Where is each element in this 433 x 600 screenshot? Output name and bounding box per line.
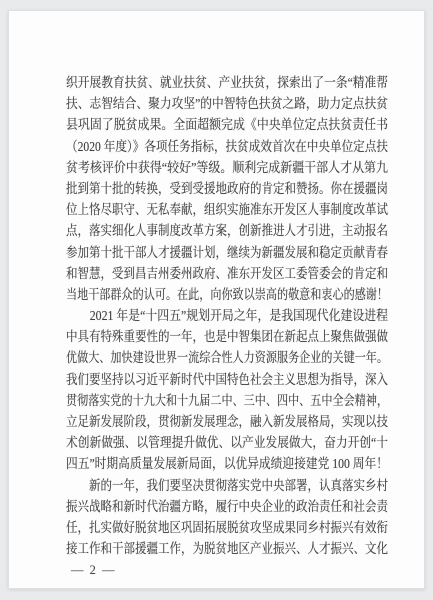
text-line: 术创新做强、以管理提升做优、以产业发展做大，奋力开创“十 (66, 432, 388, 453)
text-line: 四五”时期高质量发展新局面，以优异成绩迎接建党 100 周年！ (66, 453, 388, 474)
text-line: （2020 年度）》各项任务指标，扶贫成效首次在中央单位定点扶 (66, 136, 388, 157)
text-line: 县巩固了脱贫成果。全面超额完成《中央单位定点扶贫责任书 (66, 114, 388, 135)
text-line: 2021 年是“十四五”规划开局之年，是我国现代化建设进程 (66, 305, 388, 326)
text-line: 位上恪尽职守、无私奉献，组织实施准东开发区人事制度改革试 (66, 199, 388, 220)
text-line: 贯彻落实党的十九大和十九届二中、三中、四中、五中全会精神， (66, 390, 388, 411)
text-line: 立足新发展阶段，贯彻新发展理念，融入新发展格局，实现以技 (66, 411, 388, 432)
text-line: 我们要坚持以习近平新时代中国特色社会主义思想为指导，深入 (66, 369, 388, 390)
page-number: — 2 — (66, 561, 388, 579)
text-line: 和智慧，受到昌吉州委州政府、准东开发区工委管委会的肯定和 (66, 263, 388, 284)
text-line: 参加第十批干部人才援疆计划，继续为新疆发展和稳定贡献青春 (66, 242, 388, 263)
text-line: 批到第十批的转换，受到受援地政府的肯定和赞扬。你在援疆岗 (66, 178, 388, 199)
document-page: 织开展教育扶贫、就业扶贫、产业扶贫，探索出了一条“精准帮扶、志智结合、聚力攻坚”… (8, 10, 425, 589)
text-line: 中具有特殊重要性的一年，也是中智集团在新起点上聚焦做强做 (66, 326, 388, 347)
text-line: 贫考核评价中获得“较好”等级。顺利完成新疆干部人才从第九 (66, 157, 388, 178)
paragraph-lines: 织开展教育扶贫、就业扶贫、产业扶贫，探索出了一条“精准帮扶、志智结合、聚力攻坚”… (66, 72, 388, 559)
text-line: 当地干部群众的认可。在此，向你致以崇高的敬意和衷心的感谢！ (66, 284, 388, 305)
scanned-document-viewer: { "document": { "page_label": "— 2 —", "… (0, 0, 433, 600)
text-line: 任，扎实做好脱贫地区巩固拓展脱贫攻坚成果同乡村振兴有效衔 (66, 517, 388, 538)
document-text-block: 织开展教育扶贫、就业扶贫、产业扶贫，探索出了一条“精准帮扶、志智结合、聚力攻坚”… (66, 72, 388, 579)
text-line: 振兴战略和新时代治疆方略，履行中央企业的政治责任和社会责 (66, 496, 388, 517)
text-line: 织开展教育扶贫、就业扶贫、产业扶贫，探索出了一条“精准帮 (66, 72, 388, 93)
text-line: 扶、志智结合、聚力攻坚”的中智特色扶贫之路，助力定点扶贫 (66, 93, 388, 114)
text-line: 优做大、加快建设世界一流综合性人力资源服务企业的关键一年。 (66, 347, 388, 368)
text-line: 接工作和干部援疆工作，为脱贫地区产业振兴、人才振兴、文化 (66, 538, 388, 559)
text-line: 点，落实细化人事制度改革方案，创新推进人才引进，主动报名 (66, 220, 388, 241)
text-line: 新的一年，我们要坚决贯彻落实党中央部署，认真落实乡村 (66, 475, 388, 496)
